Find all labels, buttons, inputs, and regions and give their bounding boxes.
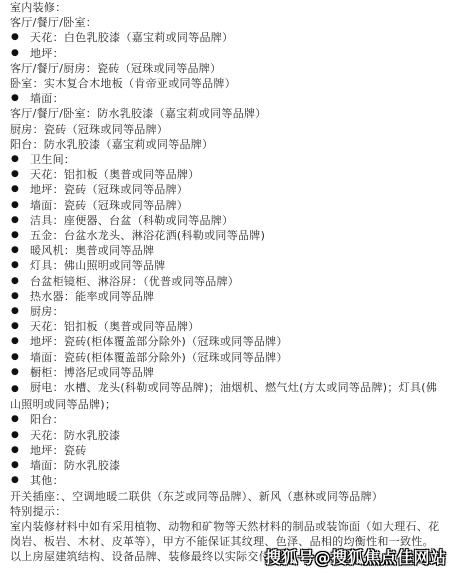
list-item-text: 橱柜：博洛尼或同等品牌 — [30, 365, 154, 380]
bullet-icon: ● — [10, 334, 30, 349]
list-item-text: 其他： — [30, 473, 64, 488]
bullet-icon: ● — [10, 412, 30, 427]
bullet-icon: ● — [10, 473, 30, 488]
text-line: 阳台：防水乳胶漆（嘉宝莉或同等品牌） — [10, 137, 442, 152]
list-item-text: 台盆柜镜柜、淋浴屏：（优普或同等品牌） — [30, 274, 239, 289]
list-item: ●墙面：防水乳胶漆 — [10, 458, 442, 473]
list-item: ●厨电：水槽、龙头(科勒或同等品牌)；油烟机、燃气灶(方太或同等品牌)；灯具(佛… — [10, 380, 442, 412]
bullet-icon: ● — [10, 228, 30, 243]
text-line: 开关插座：、空调地暖二联供（东芝或同等品牌）、新风（惠林或同等品牌） — [10, 489, 442, 504]
list-item-text: 厨电：水槽、龙头(科勒或同等品牌)；油烟机、燃气灶(方太或同等品牌)；灯具(佛山… — [10, 381, 437, 411]
list-item: ●厨房： — [10, 304, 442, 319]
list-item-text: 阳台： — [30, 412, 64, 427]
list-item-text: 墙面：瓷砖(柜体覆盖部分除外)（冠珠或同等品牌） — [30, 350, 288, 365]
list-item-text: 天花：铝扣板（奥普或同等品牌） — [30, 167, 200, 182]
list-item-text: 暖风机：奥普或同等品牌 — [30, 243, 154, 258]
list-item: ●洁具：座便器、台盆（科勒或同等品牌） — [10, 213, 442, 228]
list-item: ●天花：铝扣板（奥普或同等品牌） — [10, 319, 442, 334]
list-item: ●地坪：瓷砖（冠珠或同等品牌） — [10, 182, 442, 197]
document-body: 室内装修： 客厅/餐厅/卧室：●天花：白色乳胶漆（嘉宝莉或同等品牌）●地坪：客厅… — [10, 0, 442, 565]
list-item: ●天花：防水乳胶漆 — [10, 428, 442, 443]
bullet-icon: ● — [10, 458, 30, 473]
bullet-icon: ● — [10, 428, 30, 443]
bullet-icon: ● — [10, 182, 30, 197]
list-item-text: 墙面：防水乳胶漆 — [30, 458, 120, 473]
list-item-text: 墙面：瓷砖（冠珠或同等品牌） — [30, 198, 188, 213]
bullet-icon: ● — [10, 258, 30, 273]
text-line: 卧室：实木复合木地板（肯帝亚或同等品牌） — [10, 76, 442, 91]
watermark: 搜狐号@搜狐焦点佳网站 — [265, 545, 447, 568]
bullet-icon: ● — [10, 213, 30, 228]
list-item: ●天花：白色乳胶漆（嘉宝莉或同等品牌） — [10, 30, 442, 45]
bullet-icon: ● — [10, 152, 30, 167]
list-item-text: 灯具：佛山照明或同等品牌 — [30, 258, 166, 273]
list-item: ●墙面： — [10, 91, 442, 106]
list-item: ●墙面：瓷砖（冠珠或同等品牌） — [10, 198, 442, 213]
list-item: ●墙面：瓷砖(柜体覆盖部分除外)（冠珠或同等品牌） — [10, 350, 442, 365]
bullet-icon: ● — [10, 167, 30, 182]
list-item: ●天花：铝扣板（奥普或同等品牌） — [10, 167, 442, 182]
list-item-text: 洁具：座便器、台盆（科勒或同等品牌） — [30, 213, 233, 228]
text-line: 客厅/餐厅/厨房：瓷砖（冠珠或同等品牌） — [10, 61, 442, 76]
bullet-icon: ● — [10, 319, 30, 334]
list-item: ●五金：台盆水龙头、淋浴花洒(科勒或同等品牌) — [10, 228, 442, 243]
list-item-text: 热水器：能率或同等品牌 — [30, 289, 154, 304]
list-item: ●卫生间： — [10, 152, 442, 167]
document-lines: 客厅/餐厅/卧室：●天花：白色乳胶漆（嘉宝莉或同等品牌）●地坪：客厅/餐厅/厨房… — [10, 15, 442, 564]
list-item: ●暖风机：奥普或同等品牌 — [10, 243, 442, 258]
list-item-text: 墙面： — [30, 91, 64, 106]
list-item: ●橱柜：博洛尼或同等品牌 — [10, 365, 442, 380]
list-item-text: 地坪：瓷砖 — [30, 443, 87, 458]
bullet-icon: ● — [10, 91, 30, 106]
list-item-text: 天花：防水乳胶漆 — [30, 428, 120, 443]
list-item: ●热水器：能率或同等品牌 — [10, 289, 442, 304]
list-item: ●阳台： — [10, 412, 442, 427]
bullet-icon: ● — [10, 289, 30, 304]
bullet-icon: ● — [10, 443, 30, 458]
list-item-text: 地坪：瓷砖（冠珠或同等品牌） — [30, 182, 188, 197]
text-line: 厨房：瓷砖（冠珠或同等品牌） — [10, 122, 442, 137]
list-item: ●地坪：瓷砖 — [10, 443, 442, 458]
bullet-icon: ● — [10, 243, 30, 258]
bullet-icon: ● — [10, 46, 30, 61]
list-item: ●灯具：佛山照明或同等品牌 — [10, 258, 442, 273]
bullet-icon: ● — [10, 198, 30, 213]
list-item: ●其他： — [10, 473, 442, 488]
list-item-text: 天花：铝扣板（奥普或同等品牌） — [30, 319, 200, 334]
bullet-icon: ● — [10, 30, 30, 45]
bullet-icon: ● — [10, 365, 30, 380]
bullet-icon: ● — [10, 350, 30, 365]
list-item-text: 地坪： — [30, 46, 64, 61]
bullet-icon: ● — [10, 274, 30, 289]
bullet-icon: ● — [10, 304, 30, 319]
list-item-text: 卫生间： — [30, 152, 75, 167]
list-item-text: 厨房： — [30, 304, 64, 319]
text-line: 特别提示： — [10, 504, 442, 519]
section-title: 室内装修： — [10, 0, 442, 15]
text-line: 客厅/餐厅/卧室：防水乳胶漆（嘉宝莉或同等品牌） — [10, 106, 442, 121]
list-item-text: 五金：台盆水龙头、淋浴花洒(科勒或同等品牌) — [30, 228, 265, 243]
text-line: 客厅/餐厅/卧室： — [10, 15, 442, 30]
bullet-icon: ● — [10, 382, 30, 397]
list-item-text: 地坪：瓷砖(柜体覆盖部分除外)（冠珠或同等品牌） — [30, 334, 288, 349]
list-item: ●地坪：瓷砖(柜体覆盖部分除外)（冠珠或同等品牌） — [10, 334, 442, 349]
list-item: ●台盆柜镜柜、淋浴屏：（优普或同等品牌） — [10, 274, 442, 289]
list-item: ●地坪： — [10, 46, 442, 61]
list-item-text: 天花：白色乳胶漆（嘉宝莉或同等品牌） — [30, 30, 233, 45]
